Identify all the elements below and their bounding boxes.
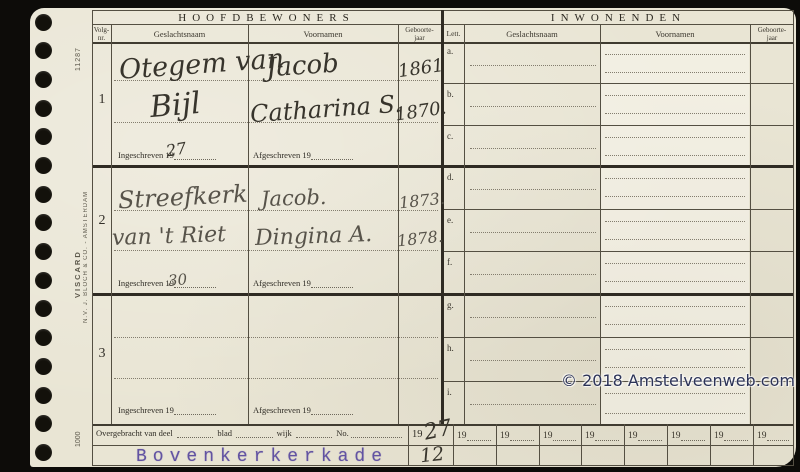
entry-geslachtsnaam: van 't Riet xyxy=(112,222,227,251)
dotted-leader xyxy=(553,430,577,441)
dotted-leader xyxy=(311,404,353,415)
serial-number-top: 11287 xyxy=(75,13,82,71)
punch-hole xyxy=(35,272,52,289)
grid-line-v xyxy=(667,424,668,465)
ingeschreven-year-value: 30 xyxy=(167,270,188,290)
inwonenden-title: INWONENDEN xyxy=(444,12,793,24)
grid-border-right xyxy=(793,10,794,465)
lett-label: e. xyxy=(447,215,453,225)
writing-line xyxy=(605,196,745,197)
volgnr-3: 3 xyxy=(93,346,111,362)
year-cell: 19 xyxy=(714,427,748,441)
year-cell: 19 xyxy=(628,427,662,441)
writing-line xyxy=(605,349,745,350)
afgeschreven-line: Afgeschreven 19 xyxy=(253,277,373,288)
afgeschreven-label: Afgeschreven 19 xyxy=(253,150,311,160)
lett-label: c. xyxy=(447,131,453,141)
grid-line-v xyxy=(408,424,409,465)
col-header-volgnr-line1: Volg- xyxy=(94,26,109,34)
lett-label: f. xyxy=(447,257,452,267)
punch-hole xyxy=(35,358,52,375)
col-header-geboortejaar-inw: Geboorte- jaar xyxy=(750,26,794,42)
year-cell: 19 xyxy=(500,427,534,441)
punch-hole xyxy=(35,100,52,117)
lett-label: g. xyxy=(447,300,454,310)
writing-line xyxy=(605,137,745,138)
grid-line-v xyxy=(581,424,582,465)
registration-card-scan: { "card": { "serial_top": "11287", "seri… xyxy=(0,0,800,472)
writing-line xyxy=(605,54,745,55)
overgebracht-label-deel: Overgebracht van deel xyxy=(96,428,173,438)
year-cell-label: 19 xyxy=(457,431,467,441)
street-name-stamp: Bovenkerkerkade xyxy=(136,447,388,467)
grid-line-v xyxy=(750,24,751,424)
house-number-value: 12 xyxy=(419,443,445,467)
dotted-leader xyxy=(467,430,492,441)
grid-line-v xyxy=(753,424,754,465)
dotted-leader xyxy=(681,430,706,441)
row-line xyxy=(444,209,794,210)
hoofdbewoners-title: HOOFDBEWONERS xyxy=(92,12,441,24)
writing-line xyxy=(605,263,745,264)
dotted-leader xyxy=(311,149,353,160)
writing-line xyxy=(114,337,438,338)
dotted-leader xyxy=(510,430,535,441)
year-cell: 19 xyxy=(457,427,491,441)
writing-line xyxy=(470,65,596,66)
writing-line xyxy=(470,404,596,405)
dotted-leader xyxy=(724,430,749,441)
col-header-voornamen-inw: Voornamen xyxy=(600,29,750,39)
volgnr-1: 1 xyxy=(93,92,111,108)
serial-number-bottom: 1000 xyxy=(75,415,82,447)
year-cell-label: 19 xyxy=(543,431,553,441)
writing-line xyxy=(605,413,745,414)
year-cell: 19 xyxy=(543,427,576,441)
grid-line-v xyxy=(624,424,625,465)
writing-line xyxy=(605,95,745,96)
writing-line xyxy=(605,281,745,282)
afgeschreven-line: Afgeschreven 19 xyxy=(253,404,373,415)
punch-hole xyxy=(35,71,52,88)
dotted-leader xyxy=(638,430,663,441)
punch-hole xyxy=(35,42,52,59)
afgeschreven-label: Afgeschreven 19 xyxy=(253,278,311,288)
writing-line xyxy=(470,148,596,149)
writing-line xyxy=(114,378,438,379)
col-header-volgnr: Volg- nr. xyxy=(92,26,111,42)
grid-line-v xyxy=(600,24,601,424)
punch-hole xyxy=(35,300,52,317)
dotted-leader xyxy=(236,427,273,438)
grid-line-v xyxy=(398,24,399,424)
writing-line xyxy=(605,221,745,222)
punch-hole xyxy=(35,387,52,404)
transfer-year-printed: 19 xyxy=(412,429,423,440)
year-cell-label: 19 xyxy=(757,431,767,441)
overgebracht-label-wijk: wijk xyxy=(277,428,292,438)
col-header-geslachtsnaam: Geslachtsnaam xyxy=(111,29,248,39)
punch-hole xyxy=(35,329,52,346)
grid-line-v xyxy=(496,424,497,465)
writing-line xyxy=(470,274,596,275)
dotted-leader xyxy=(351,427,402,438)
col-header-geboortejaar-inw-line2: jaar xyxy=(767,34,778,42)
ingeschreven-line: Ingeschreven 19 xyxy=(118,404,238,415)
writing-line xyxy=(470,106,596,107)
writing-line xyxy=(605,393,745,394)
overgebracht-label-blad: blad xyxy=(217,428,232,438)
writing-line xyxy=(470,360,596,361)
col-header-geboortejaar-line2: jaar xyxy=(414,34,425,42)
overgebracht-line: Overgebracht van deel blad wijk No. xyxy=(96,427,404,438)
row-line xyxy=(444,125,794,126)
dotted-leader xyxy=(296,427,333,438)
punch-hole xyxy=(35,128,52,145)
ingeschreven-label: Ingeschreven 19 xyxy=(118,405,174,415)
writing-line xyxy=(605,72,745,73)
punch-hole xyxy=(35,243,52,260)
writing-line xyxy=(605,113,745,114)
brand-vertical-label: VISCARD xyxy=(73,228,82,298)
year-cell: 19 xyxy=(757,427,789,441)
punch-hole xyxy=(35,214,52,231)
punch-hole xyxy=(35,186,52,203)
writing-line xyxy=(605,155,745,156)
grid-line-v xyxy=(248,24,249,424)
ingeschreven-year-value: 27 xyxy=(165,139,188,161)
lett-label: d. xyxy=(447,172,454,182)
dotted-leader xyxy=(767,430,790,441)
writing-line xyxy=(470,232,596,233)
printer-vertical-label: N.V. J. BLOCH & CO. - AMSTERDAM xyxy=(83,178,89,323)
lett-label: h. xyxy=(447,343,454,353)
col-header-geboortejaar: Geboorte- jaar xyxy=(398,26,441,42)
punch-hole xyxy=(35,415,52,432)
col-header-volgnr-line2: nr. xyxy=(98,34,105,42)
dotted-leader xyxy=(174,404,216,415)
grid-line-v xyxy=(111,24,112,424)
writing-line xyxy=(470,317,596,318)
grid-line-v xyxy=(453,424,454,465)
col-header-geslachtsnaam-inw: Geslachtsnaam xyxy=(464,29,600,39)
grid-line-v xyxy=(710,424,711,465)
year-cell: 19 xyxy=(585,427,619,441)
punch-hole xyxy=(35,14,52,31)
lett-label: i. xyxy=(447,387,452,397)
punch-hole xyxy=(35,444,52,461)
grid-line-v xyxy=(539,424,540,465)
watermark-copyright: © 2018 Amstelveenweb.com xyxy=(561,371,795,390)
volgnr-2: 2 xyxy=(93,213,111,229)
year-cell-label: 19 xyxy=(714,431,724,441)
col-header-geboortejaar-line1: Geboorte- xyxy=(405,26,433,34)
entry-voornamen: Dingina A. xyxy=(255,222,373,251)
year-cell-label: 19 xyxy=(628,431,638,441)
year-cell-label: 19 xyxy=(671,431,681,441)
dotted-leader xyxy=(177,427,214,438)
lett-label: b. xyxy=(447,89,454,99)
lett-label: a. xyxy=(447,46,453,56)
writing-line xyxy=(605,324,745,325)
dotted-leader xyxy=(311,277,353,288)
col-header-lett: Lett. xyxy=(443,29,464,38)
dotted-leader xyxy=(595,430,620,441)
punch-hole xyxy=(35,157,52,174)
entry-voornamen: Jacob. xyxy=(261,185,327,211)
col-header-voornamen: Voornamen xyxy=(248,29,398,39)
col-header-geboortejaar-inw-line1: Geboorte- xyxy=(758,26,786,34)
row-line xyxy=(444,251,794,252)
afgeschreven-line: Afgeschreven 19 xyxy=(253,149,373,160)
writing-line xyxy=(605,367,745,368)
overgebracht-label-no: No. xyxy=(336,428,349,438)
year-cell-label: 19 xyxy=(500,431,510,441)
row-line xyxy=(444,83,794,84)
grid-border-left xyxy=(92,10,93,465)
writing-line xyxy=(605,178,745,179)
grid-line-v xyxy=(464,24,465,424)
year-cell-label: 19 xyxy=(585,431,595,441)
writing-line xyxy=(605,306,745,307)
afgeschreven-label: Afgeschreven 19 xyxy=(253,405,311,415)
writing-line xyxy=(605,239,745,240)
row-line xyxy=(444,337,794,338)
year-cell: 19 xyxy=(671,427,705,441)
writing-line xyxy=(470,189,596,190)
entry-geslachtsnaam: Bijl xyxy=(149,86,202,125)
entry-voornamen: Jacob xyxy=(265,48,340,83)
ingeschreven-label: Ingeschreven 19 xyxy=(118,278,174,288)
